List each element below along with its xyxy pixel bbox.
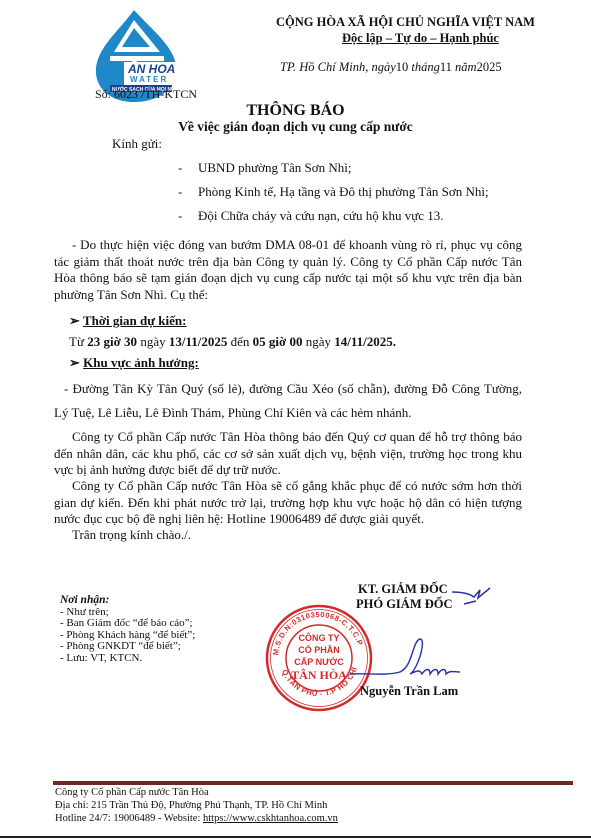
svg-text:CỔ PHẦN: CỔ PHẦN xyxy=(298,644,340,655)
recipient-item: -UBND phường Tân Sơn Nhì; xyxy=(178,160,351,176)
start-time: 23 giờ 30 xyxy=(87,334,137,349)
notify-paragraph: Công ty Cổ phần Cấp nước Tân Hòa thông b… xyxy=(54,429,522,479)
end-time: 05 giờ 00 xyxy=(253,334,303,349)
national-motto: Độc lập – Tự do – Hạnh phúc xyxy=(342,31,499,46)
recipient-item: -Phòng Kinh tế, Hạ tầng và Đô thị phường… xyxy=(178,184,489,200)
intro-paragraph: - Do thực hiện việc đóng van bướm DMA 08… xyxy=(54,237,522,303)
signature-title-1: KT. GIÁM ĐỐC xyxy=(358,582,448,597)
affected-areas: - Đường Tân Kỳ Tân Quý (số lẻ), đường Cầ… xyxy=(54,377,522,425)
svg-text:WATER: WATER xyxy=(130,75,168,84)
affected-heading: ➢ Khu vực ảnh hưởng: xyxy=(69,355,199,371)
svg-text:TÂN HÒA: TÂN HÒA xyxy=(291,668,347,682)
website-link[interactable]: https://www.cskhtanhoa.com.vn xyxy=(203,813,338,824)
document-subtitle: Về việc gián đoạn dịch vụ cung cấp nước xyxy=(0,119,591,135)
end-date: 14/11/2025. xyxy=(334,334,396,349)
footer-address: Địa chỉ: 215 Trần Thủ Độ, Phường Phú Thạ… xyxy=(55,800,327,811)
receiver-item: - Lưu: VT, KTCN. xyxy=(60,653,195,665)
closing-text: Trân trọng kính chào./. xyxy=(54,527,522,544)
receiver-item: - Ban Giám đốc “để báo cáo”; xyxy=(60,618,195,630)
footer-company: Công ty Cổ phần Cấp nước Tân Hòa xyxy=(55,787,209,798)
schedule-text: Từ 23 giờ 30 ngày 13/11/2025 đến 05 giờ … xyxy=(69,334,537,351)
date-month: 11 xyxy=(440,60,452,74)
schedule-heading: ➢ Thời gian dự kiến: xyxy=(69,313,186,329)
start-date: 13/11/2025 xyxy=(169,334,228,349)
svg-text:CÔNG TY: CÔNG TY xyxy=(298,632,339,643)
page-bottom-border xyxy=(0,836,591,838)
addressee-label: Kính gửi: xyxy=(112,136,162,152)
signer-name: Nguyễn Trần Lam xyxy=(360,684,458,699)
reference-number: Số: 6023 /TH-KTCN xyxy=(95,87,197,102)
arrow-bullet-icon: ➢ xyxy=(69,313,83,328)
receivers-list: Nơi nhận: - Như trên; - Ban Giám đốc “để… xyxy=(60,595,195,664)
hotline-paragraph: Công ty Cổ phần Cấp nước Tân Hòa sẽ cố g… xyxy=(54,478,522,528)
national-title: CỘNG HÒA XÃ HỘI CHỦ NGHĨA VIỆT NAM xyxy=(276,15,535,30)
receiver-item: - Phòng GNKDT “để biết”; xyxy=(60,641,195,653)
svg-text:CẤP NƯỚC: CẤP NƯỚC xyxy=(294,656,344,667)
footer-divider xyxy=(53,781,573,785)
recipient-item: -Đội Chữa cháy và cứu nạn, cứu hộ khu vự… xyxy=(178,208,444,224)
place-and-date: TP. Hồ Chí Minh, ngày10 tháng11 năm2025 xyxy=(280,60,502,75)
document-title: THÔNG BÁO xyxy=(0,102,591,120)
date-day: 10 xyxy=(396,60,409,74)
date-year: 2025 xyxy=(477,60,502,74)
handwritten-signature-icon xyxy=(350,630,470,690)
svg-text:AN HOA: AN HOA xyxy=(127,62,175,76)
arrow-bullet-icon: ➢ xyxy=(69,355,83,370)
receivers-heading: Nơi nhận: xyxy=(60,595,195,607)
footer-contact: Hotline 24/7: 19006489 - Website: https:… xyxy=(55,813,338,824)
initials-mark-icon xyxy=(450,584,495,609)
